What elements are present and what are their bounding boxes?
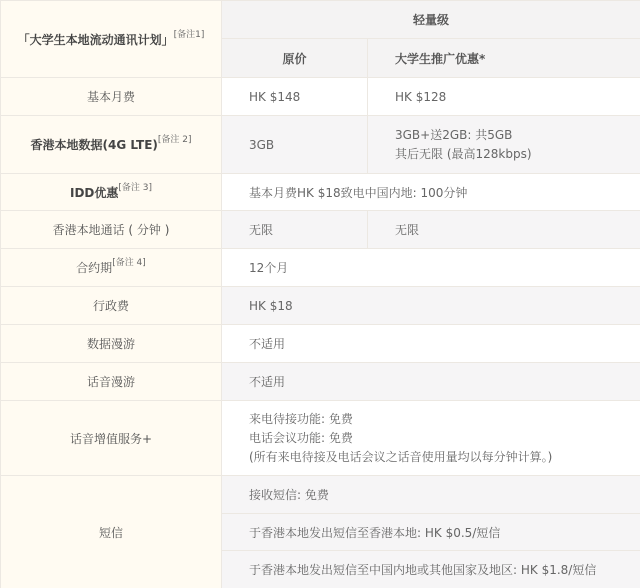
promo-line: 3GB+送2GB: 共5GB (395, 126, 640, 145)
table-row: IDD优惠[备注 3] 基本月费HK $18致电中国内地: 100分钟 (1, 174, 640, 211)
original-value: 3GB (222, 116, 368, 174)
table-row: 话音漫游 不适用 (1, 363, 640, 401)
plan-title-cell: 「大学生本地流动通讯计划」[备注1] (1, 1, 222, 78)
row-label: 基本月费 (1, 78, 222, 116)
promo-price-header: 大学生推广优惠* (368, 39, 640, 78)
row-label: 短信 (1, 476, 222, 588)
service-line: 来电待接功能: 免费 (249, 410, 640, 429)
row-label-cell: IDD优惠[备注 3] (1, 174, 222, 211)
table-row: 香港本地通话 ( 分钟 ) 无限 无限 (1, 211, 640, 249)
original-value: HK $148 (222, 78, 368, 116)
row-label-cell: 香港本地数据(4G LTE)[备注 2] (1, 116, 222, 174)
row-label: IDD优惠 (70, 186, 118, 200)
sms-sub-row: 接收短信: 免费 (222, 476, 640, 514)
table-row: 行政费 HK $18 (1, 287, 640, 325)
tier-header: 轻量级 (222, 1, 640, 39)
promo-value: HK $128 (368, 78, 640, 116)
table-row: 基本月费 HK $148 HK $128 (1, 78, 640, 116)
table-row: 短信 接收短信: 免费 (1, 476, 640, 514)
service-line: (所有来电待接及电话会议之话音使用量均以每分钟计算。) (249, 448, 640, 467)
merged-value: 12个月 (222, 249, 640, 287)
merged-value-cell: 来电待接功能: 免费 电话会议功能: 免费 (所有来电待接及电话会议之话音使用量… (222, 401, 640, 476)
sms-sub-row: 于香港本地发出短信至香港本地: HK $0.5/短信 (222, 514, 640, 551)
plan-title: 「大学生本地流动通讯计划」 (18, 33, 174, 47)
table-row: 香港本地数据(4G LTE)[备注 2] 3GB 3GB+送2GB: 共5GB … (1, 116, 640, 174)
plan-comparison-table: 「大学生本地流动通讯计划」[备注1] 轻量级 原价 大学生推广优惠* 基本月费 … (0, 0, 640, 588)
row-label: 话音漫游 (1, 363, 222, 401)
table-row: 话音增值服务+ 来电待接功能: 免费 电话会议功能: 免费 (所有来电待接及电话… (1, 401, 640, 476)
merged-value: 不适用 (222, 363, 640, 401)
row-note: [备注 2] (158, 135, 192, 145)
row-label: 行政费 (1, 287, 222, 325)
row-label: 香港本地通话 ( 分钟 ) (1, 211, 222, 249)
promo-value-cell: 3GB+送2GB: 共5GB 其后无限 (最高128kbps) (368, 116, 640, 174)
row-label-cell: 合约期[备注 4] (1, 249, 222, 287)
row-note: [备注 3] (118, 183, 152, 193)
row-label: 合约期 (76, 261, 112, 275)
plan-note: [备注1] (174, 30, 205, 40)
row-note: [备注 4] (112, 258, 146, 268)
original-value: 无限 (222, 211, 368, 249)
merged-value: 不适用 (222, 325, 640, 363)
original-price-header: 原价 (222, 39, 368, 78)
sms-sub-row: 于香港本地发出短信至中国内地或其他国家及地区: HK $1.8/短信 (222, 551, 640, 588)
service-line: 电话会议功能: 免费 (249, 429, 640, 448)
row-label: 话音增值服务+ (1, 401, 222, 476)
row-label: 香港本地数据(4G LTE) (30, 138, 157, 152)
table-row: 数据漫游 不适用 (1, 325, 640, 363)
promo-value: 无限 (368, 211, 640, 249)
merged-value: 基本月费HK $18致电中国内地: 100分钟 (222, 174, 640, 211)
merged-value: HK $18 (222, 287, 640, 325)
table-row: 合约期[备注 4] 12个月 (1, 249, 640, 287)
promo-line: 其后无限 (最高128kbps) (395, 145, 640, 164)
row-label: 数据漫游 (1, 325, 222, 363)
